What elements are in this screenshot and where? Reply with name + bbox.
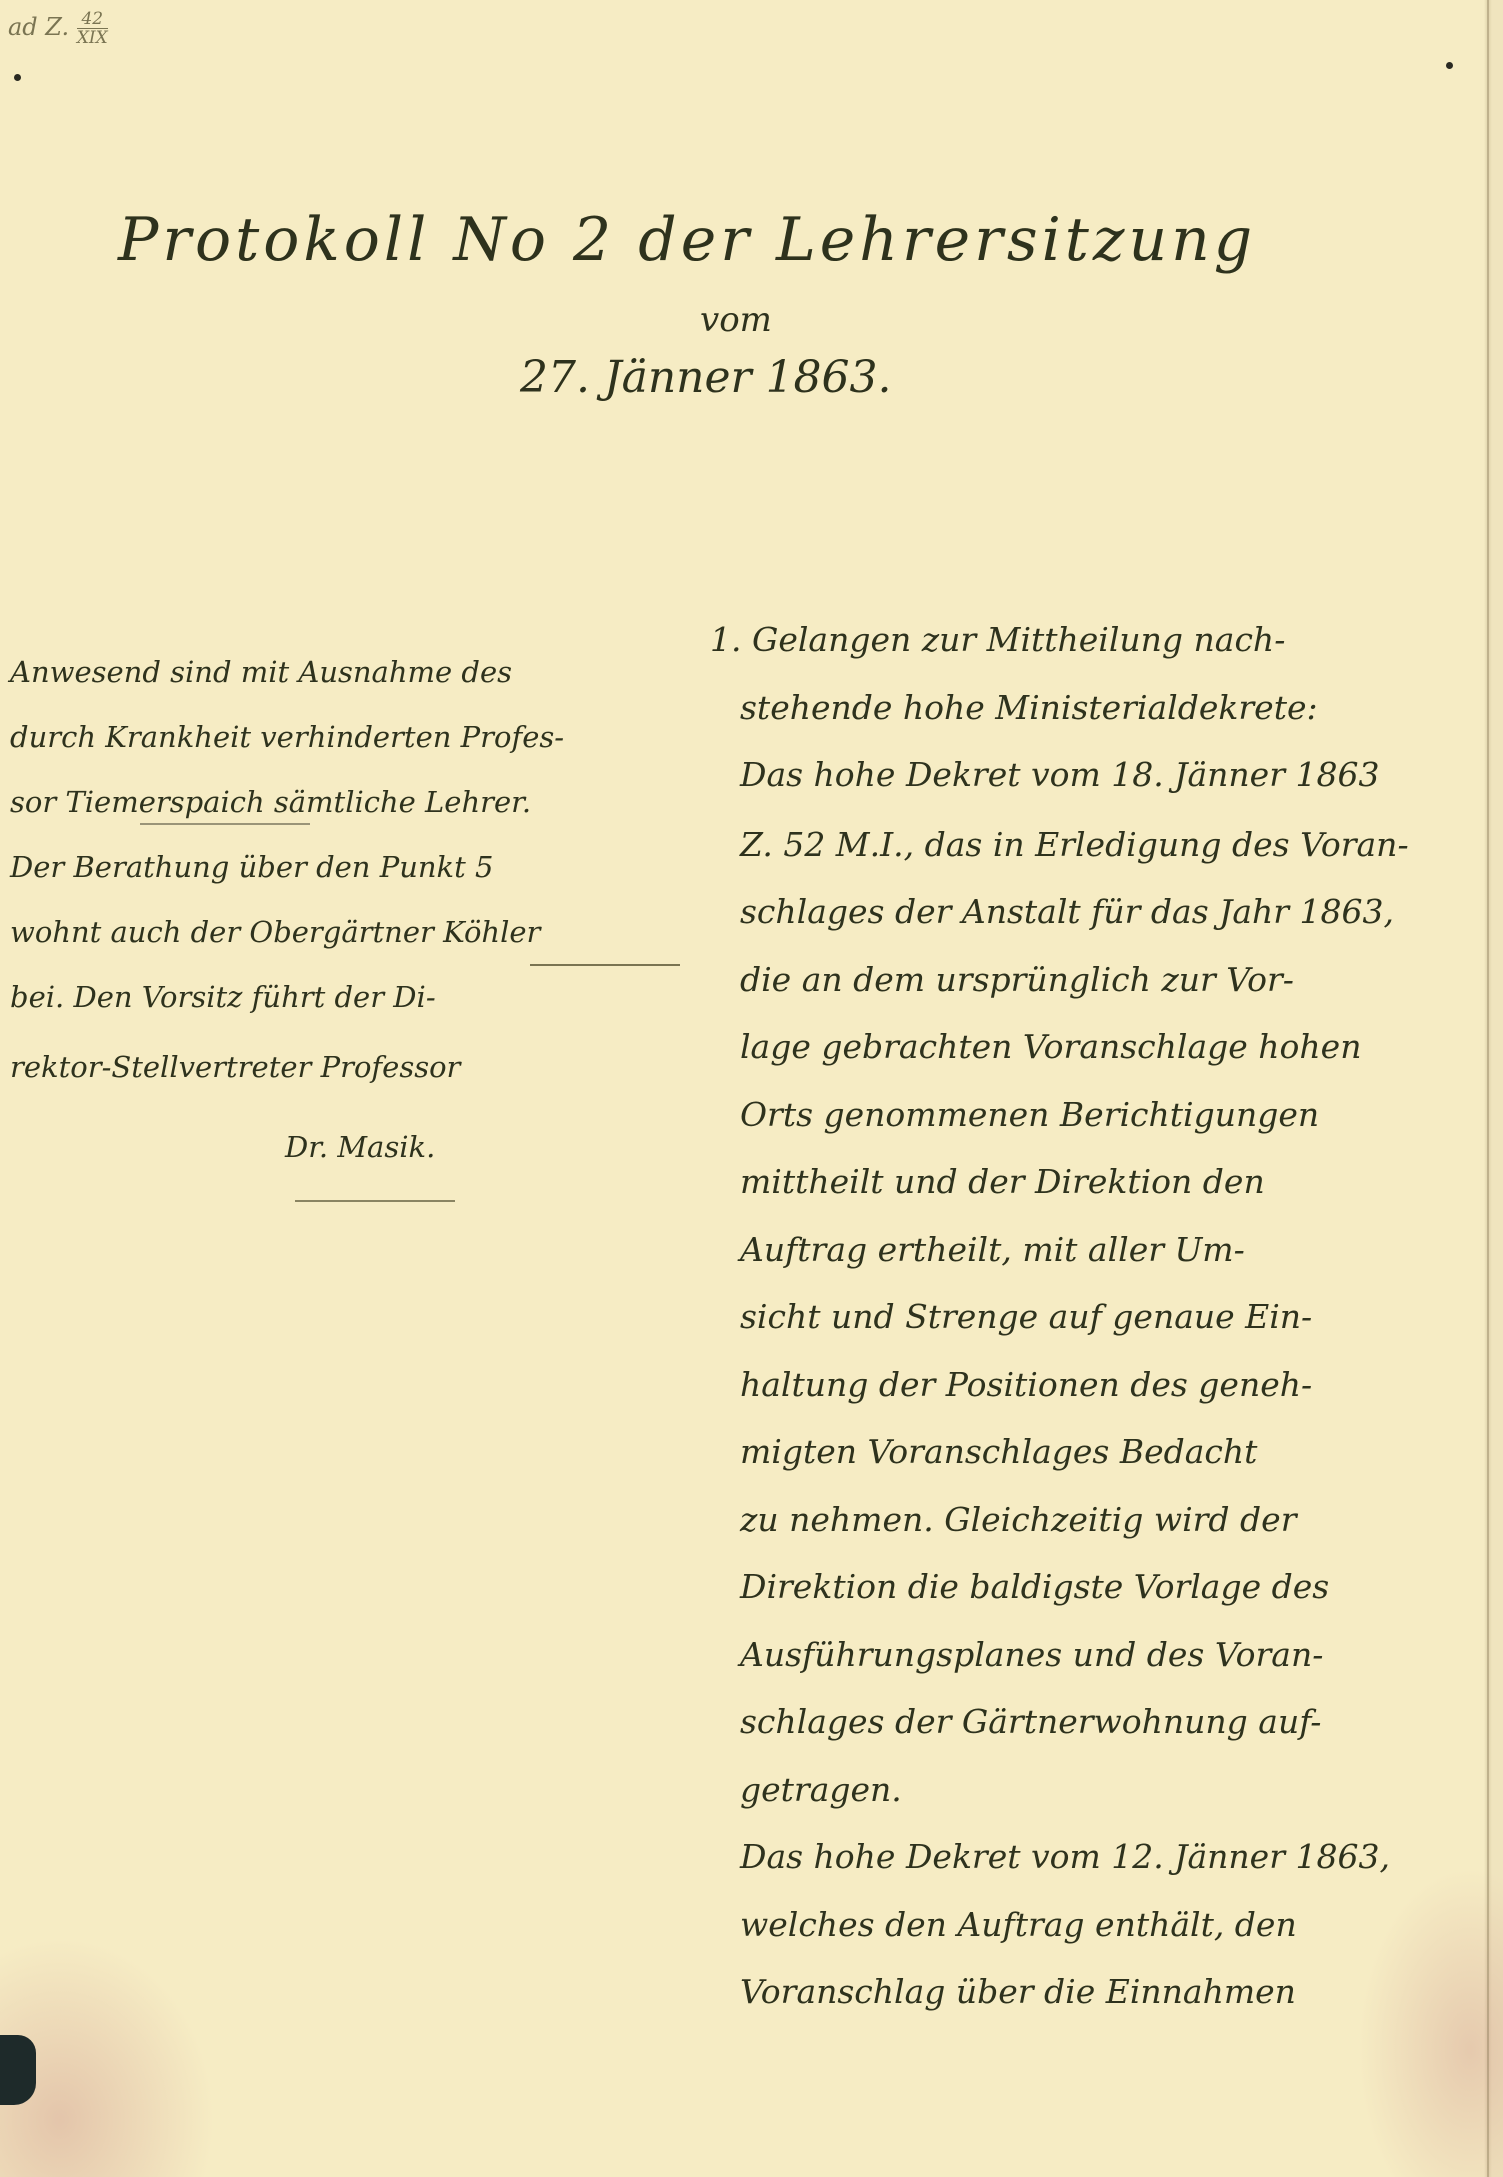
ink-dot (14, 74, 21, 81)
main-line: 1. Gelangen zur Mittheilung nach- (710, 620, 1285, 659)
archive-mark-prefix: ad Z. (8, 13, 69, 41)
main-line: Das hohe Dekret vom 12. Jänner 1863, (740, 1837, 1390, 1876)
left-line: rektor-Stellvertreter Professor (10, 1050, 460, 1084)
main-line: Voranschlag über die Einnahmen (740, 1972, 1296, 2011)
name-underline (295, 1200, 455, 1202)
name-underline (530, 964, 680, 966)
main-line: lage gebrachten Voranschlage hohen (740, 1027, 1361, 1066)
left-line: Anwesend sind mit Ausnahme des (10, 655, 512, 689)
left-line: wohnt auch der Obergärtner Köhler (10, 915, 540, 949)
document-title: Protokoll No 2 der Lehrersitzung (118, 205, 1318, 275)
name-underline (140, 823, 310, 825)
left-line: bei. Den Vorsitz führt der Di- (10, 980, 436, 1014)
main-line: Das hohe Dekret vom 18. Jänner 1863 (740, 755, 1379, 794)
main-line: mittheilt und der Direktion den (740, 1162, 1265, 1201)
left-line: durch Krankheit verhinderten Profes- (10, 720, 564, 754)
main-line: Ausführungsplanes und des Voran- (740, 1635, 1323, 1674)
document-subtitle-vom: vom (700, 300, 772, 340)
main-line: die an dem ursprünglich zur Vor- (740, 960, 1294, 999)
left-line: sor Tiemerspaich sämtliche Lehrer. (10, 785, 531, 819)
document-date: 27. Jänner 1863. (520, 352, 892, 403)
main-line: stehende hohe Ministerialdekrete: (740, 688, 1318, 727)
ink-stain (0, 2035, 36, 2105)
main-line: sicht und Strenge auf genaue Ein- (740, 1297, 1312, 1336)
main-line: schlages der Gärtnerwohnung auf- (740, 1702, 1321, 1741)
main-line: Auftrag ertheilt, mit aller Um- (740, 1230, 1245, 1269)
main-line: migten Voranschlages Bedacht (740, 1432, 1257, 1471)
left-line-signature: Dr. Masik. (285, 1130, 435, 1164)
archive-mark: ad Z. 42 XIX (8, 10, 108, 47)
page-edge (1487, 0, 1489, 2177)
main-line: haltung der Positionen des geneh- (740, 1365, 1312, 1404)
left-line: Der Berathung über den Punkt 5 (10, 850, 493, 884)
main-line: zu nehmen. Gleichzeitig wird der (740, 1500, 1296, 1539)
main-line: schlages der Anstalt für das Jahr 1863, (740, 892, 1394, 931)
main-line: welches den Auftrag enthält, den (740, 1905, 1297, 1944)
archive-mark-fraction: 42 XIX (77, 10, 108, 47)
ink-dot (1446, 62, 1453, 69)
main-line: Z. 52 M.I., das in Erledigung des Voran- (740, 825, 1409, 864)
archive-mark-denominator: XIX (77, 29, 108, 47)
main-line: getragen. (740, 1770, 902, 1809)
archive-mark-numerator: 42 (77, 10, 108, 29)
main-line: Orts genommenen Berichtigungen (740, 1095, 1319, 1134)
main-line: Direktion die baldigste Vorlage des (740, 1567, 1329, 1606)
